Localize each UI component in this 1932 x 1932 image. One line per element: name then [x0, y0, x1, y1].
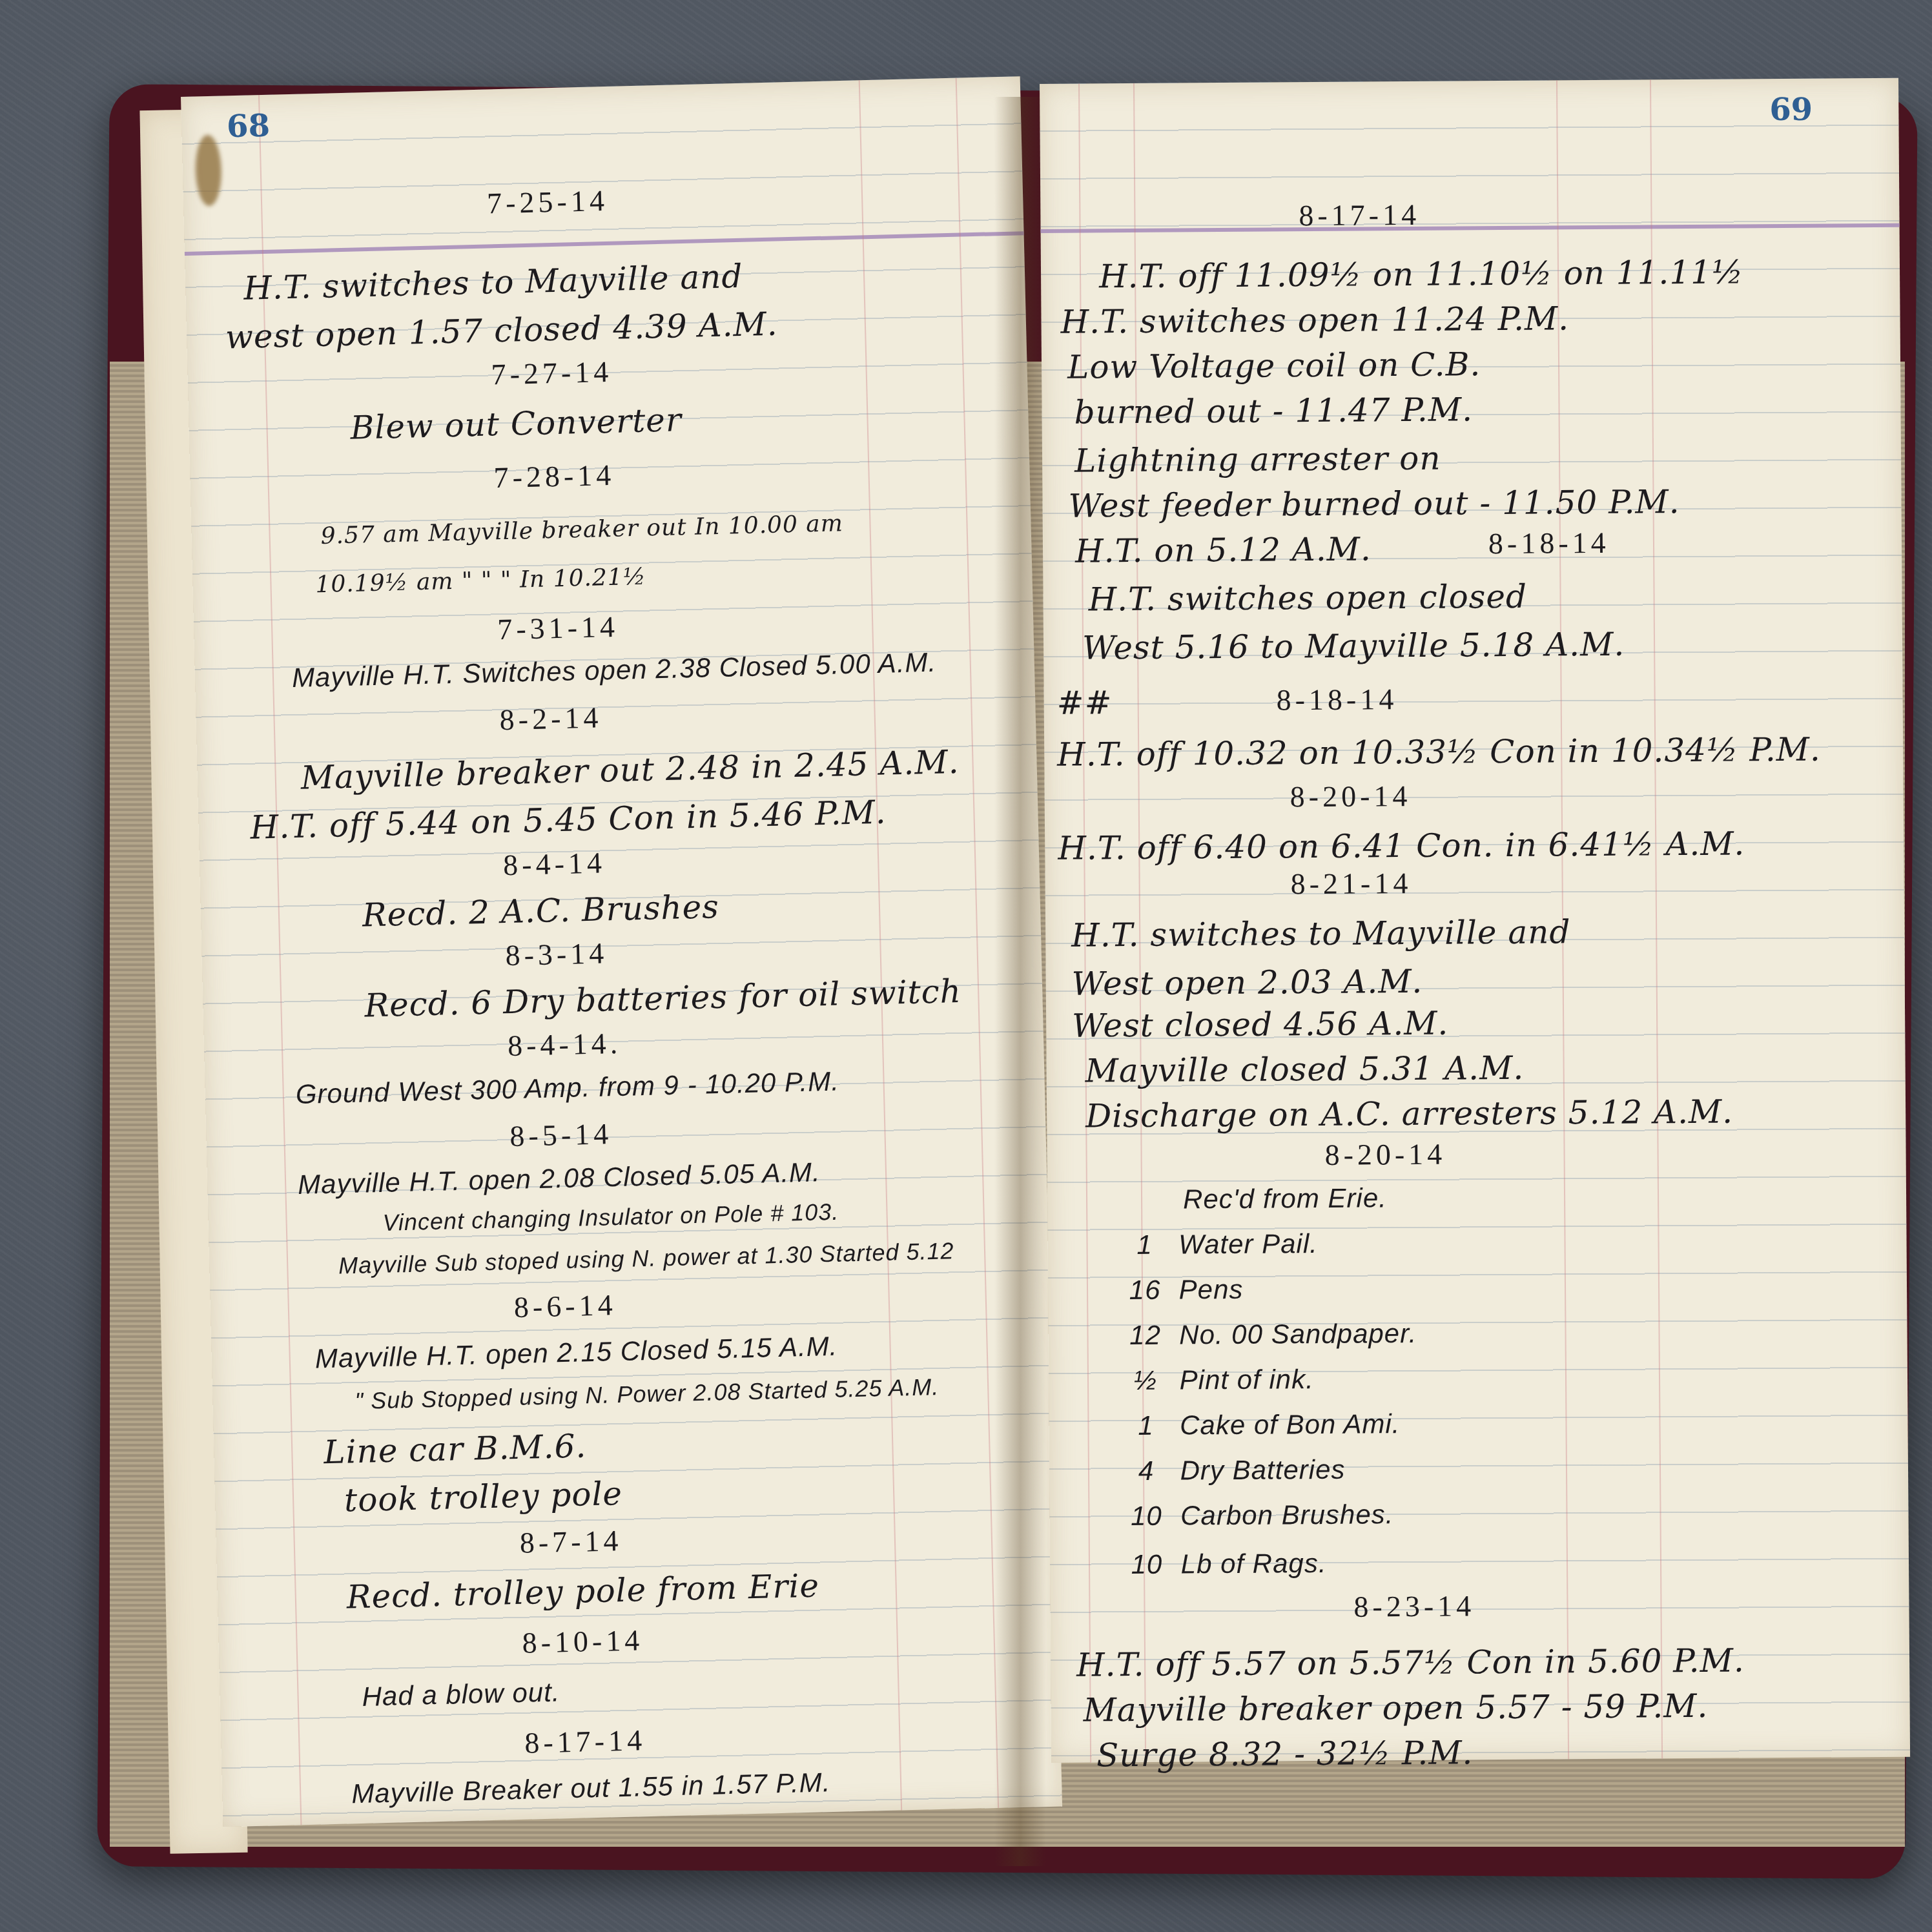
- entry-date: 7-27-14: [491, 355, 613, 392]
- entry-line: Ground West 300 Amp. from 9 - 10.20 P.M.: [295, 1066, 839, 1111]
- entry-line: H.T. off 5.44 on 5.45 Con in 5.46 P.M.: [250, 794, 887, 847]
- entry-line: Mayville H.T. open 2.08 Closed 5.05 A.M.: [298, 1156, 821, 1200]
- entry-line: Discharge on A.C. arresters 5.12 A.M.: [1085, 1093, 1733, 1135]
- page-number: 69: [1769, 92, 1813, 128]
- item-qty: 12: [1119, 1320, 1171, 1351]
- entry-date: 8-20-14: [1290, 779, 1412, 814]
- entry-date: 8-10-14: [522, 1623, 644, 1660]
- header-rule: [185, 231, 1024, 256]
- entry-line: Vincent changing Insulator on Pole # 103…: [382, 1198, 839, 1237]
- list-item: 10 Lb of Rags.: [1121, 1548, 1327, 1580]
- entry-line: Had a blow out.: [362, 1676, 560, 1712]
- entry-line: 9.57 am Mayville breaker out In 10.00 am: [320, 510, 843, 550]
- entry-line: H.T. switches open closed: [1088, 578, 1527, 619]
- entry-date: 8-21-14: [1290, 866, 1412, 901]
- entry-line: H.T. switches to Mayville and: [243, 258, 743, 307]
- item-name: No. 00 Sandpaper.: [1179, 1318, 1417, 1350]
- entry-date: 8-7-14: [519, 1523, 622, 1560]
- entry-date: 7-25-14: [487, 183, 609, 221]
- item-name: Cake of Bon Ami.: [1180, 1408, 1401, 1440]
- entry-line: Recd. 2 A.C. Brushes: [362, 888, 719, 934]
- entry-date: 8-2-14: [499, 700, 602, 737]
- entry-line: Mayville breaker open 5.57 - 59 P.M.: [1083, 1687, 1708, 1729]
- entry-line: took trolley pole: [344, 1475, 622, 1519]
- entry-date: 8-5-14: [509, 1116, 613, 1153]
- entry-line: Lightning arrester on: [1074, 440, 1441, 480]
- item-name: Pens: [1179, 1274, 1244, 1305]
- entry-line: Mayville closed 5.31 A.M.: [1085, 1049, 1524, 1090]
- entry-line: H.T. on 5.12 A.M.: [1075, 530, 1372, 570]
- entry-line: West feeder burned out - 11.50 P.M.: [1068, 483, 1680, 525]
- column-rule: [1650, 79, 1663, 1758]
- entry-line: West open 2.03 A.M.: [1072, 963, 1423, 1003]
- entry-line: Blew out Converter: [350, 401, 682, 447]
- header-rule: [1041, 223, 1900, 233]
- item-qty: 4: [1120, 1455, 1172, 1487]
- list-item: 1 Water Pail.: [1118, 1228, 1318, 1260]
- list-item: ½ Pint of ink.: [1120, 1364, 1314, 1396]
- entry-line: West 5.16 to Mayville 5.18 A.M.: [1082, 626, 1625, 667]
- entry-line: Surge 8.32 - 32½ P.M.: [1096, 1734, 1474, 1774]
- entry-date: 7-31-14: [497, 610, 619, 647]
- left-page: 68 7-25-14 H.T. switches to Mayville and…: [181, 76, 1062, 1827]
- entry-line: H.T. off 10.32 on 10.33½ Con in 10.34½ P…: [1057, 731, 1821, 774]
- column-rule: [859, 80, 902, 1810]
- entry-list: 8-17-14 H.T. off 11.09½ on 11.10½ on 11.…: [1040, 78, 1898, 84]
- entry-line: " Sub Stopped using N. Power 2.08 Starte…: [355, 1373, 940, 1415]
- list-item: 4 Dry Batteries: [1120, 1454, 1346, 1486]
- entry-date: 8-4-14: [503, 845, 606, 882]
- entry-line: burned out - 11.47 P.M.: [1074, 391, 1473, 431]
- list-item: 10 Carbon Brushes.: [1120, 1499, 1393, 1532]
- column-rule: [956, 78, 999, 1808]
- entry-date: 8-18-14: [1488, 526, 1610, 560]
- item-name: Carbon Brushes.: [1180, 1499, 1393, 1530]
- entry-line: Mayville H.T. Switches open 2.38 Closed …: [291, 647, 936, 694]
- entry-date: 7-28-14: [493, 458, 615, 495]
- right-page: 69 8-17-14 H.T. off 11.09½ on 11.10½ on …: [1040, 78, 1910, 1763]
- entry-line: H.T. off 11.09½ on 11.10½ on 11.11½: [1099, 253, 1744, 295]
- entry-date: 8-18-14: [1276, 682, 1397, 717]
- entry-line: H.T. off 5.57 on 5.57½ Con in 5.60 P.M.: [1076, 1641, 1745, 1683]
- entry-date: 8-3-14: [505, 936, 608, 972]
- entry-date: 8-23-14: [1353, 1588, 1475, 1623]
- item-name: Pint of ink.: [1180, 1364, 1314, 1395]
- entry-date: 8-17-14: [524, 1723, 646, 1760]
- entry-line: Low Voltage coil on C.B.: [1067, 345, 1481, 385]
- item-qty: 10: [1121, 1549, 1173, 1581]
- entry-date: 8-20-14: [1324, 1137, 1446, 1172]
- entry-line: Mayville Breaker out 1.55 in 1.57 P.M.: [351, 1767, 831, 1809]
- list-heading: Rec'd from Erie.: [1183, 1182, 1387, 1215]
- entry-date: 8-17-14: [1299, 198, 1420, 232]
- entry-line: Mayville H.T. open 2.15 Closed 5.15 A.M.: [314, 1331, 838, 1375]
- entry-line: Mayville breaker out 2.48 in 2.45 A.M.: [300, 743, 960, 797]
- entry-line: 10.19½ am " " " In 10.21½: [315, 564, 646, 599]
- item-qty: 10: [1120, 1501, 1172, 1532]
- entry-line: H.T. switches open 11.24 P.M.: [1060, 300, 1569, 340]
- page-number: 68: [226, 108, 270, 145]
- entry-line: H.T. switches to Mayville and: [1071, 913, 1571, 954]
- item-name: Lb of Rags.: [1181, 1548, 1327, 1579]
- entry-date: 8-6-14: [513, 1288, 617, 1324]
- entry-line: west open 1.57 closed 4.39 A.M.: [225, 305, 778, 356]
- item-name: Water Pail.: [1178, 1228, 1318, 1260]
- entry-line: West closed 4.56 A.M.: [1072, 1005, 1449, 1045]
- entry-marker: ##: [1056, 684, 1112, 722]
- entry-line: Mayville Sub stoped using N. power at 1.…: [338, 1237, 954, 1279]
- list-item: 12 No. 00 Sandpaper.: [1119, 1318, 1417, 1351]
- entry-line: Recd. trolley pole from Erie: [346, 1567, 819, 1616]
- item-qty: 16: [1119, 1275, 1171, 1306]
- entry-date: 8-4-14.: [507, 1026, 621, 1063]
- ink-stain: [194, 135, 222, 207]
- list-item: 1 Cake of Bon Ami.: [1120, 1408, 1400, 1441]
- item-qty: ½: [1120, 1365, 1171, 1397]
- book-gutter: [994, 97, 1046, 1866]
- entry-line: Line car B.M.6.: [324, 1427, 587, 1471]
- item-qty: 1: [1118, 1229, 1170, 1261]
- list-item: 16 Pens: [1119, 1274, 1244, 1306]
- item-qty: 1: [1120, 1410, 1171, 1442]
- entry-line: Recd. 6 Dry batteries for oil switch: [364, 972, 962, 1025]
- entry-line: H.T. off 6.40 on 6.41 Con. in 6.41½ A.M.: [1058, 825, 1745, 867]
- item-name: Dry Batteries: [1180, 1454, 1346, 1486]
